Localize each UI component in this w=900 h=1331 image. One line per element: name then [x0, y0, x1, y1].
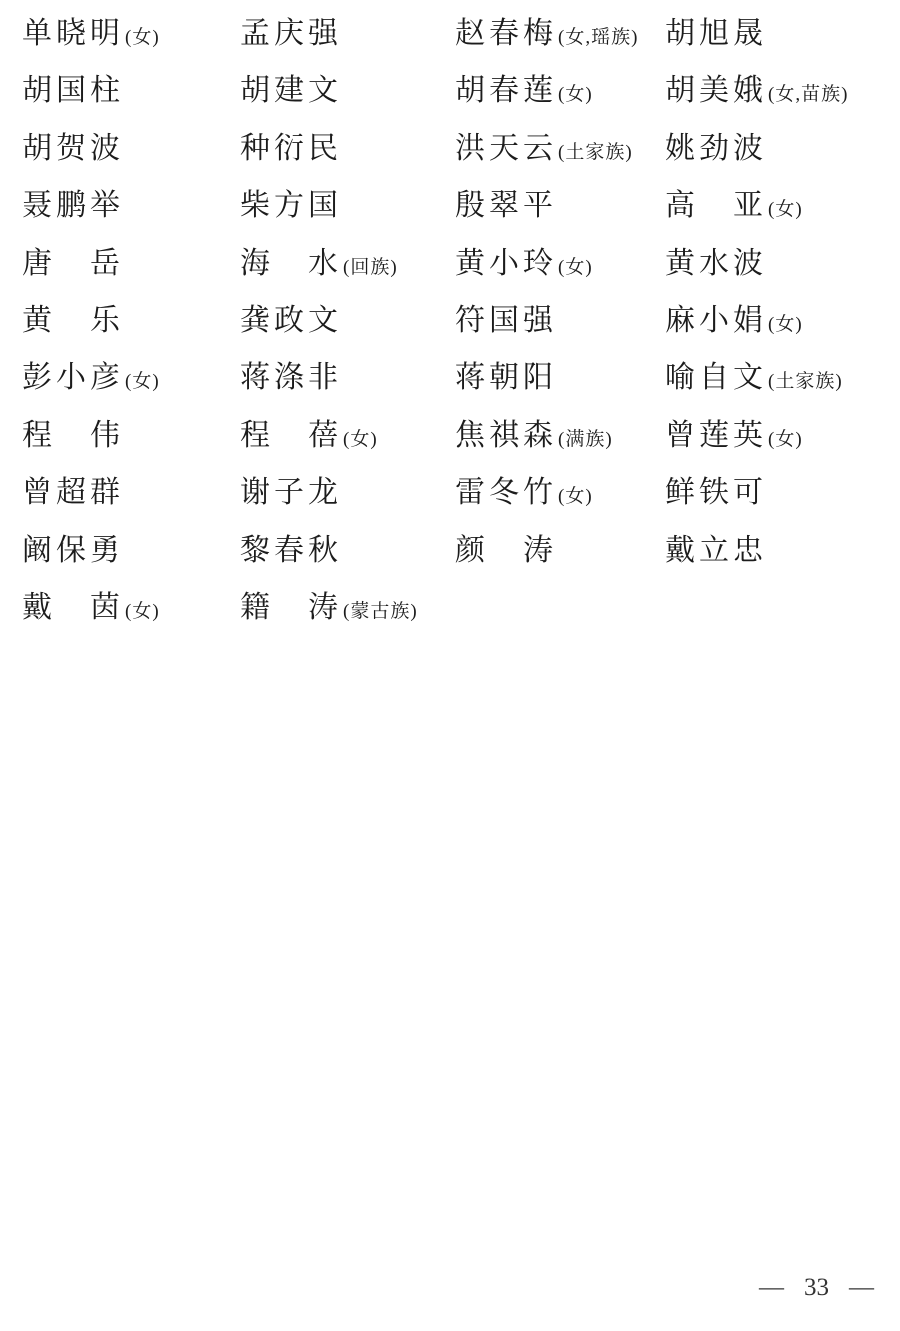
- person-name: 雷冬竹: [455, 476, 557, 509]
- roster-entry: 彭小彦(女): [22, 360, 240, 396]
- roster-entry: 程 伟: [22, 418, 240, 454]
- roster-entry: 蒋涤非: [240, 360, 455, 396]
- person-name: 蒋朝阳: [455, 361, 557, 394]
- person-name: 蒋涤非: [240, 361, 342, 394]
- person-name: 籍 涛: [240, 591, 342, 624]
- roster-entry: 洪天云(土家族): [455, 131, 665, 167]
- roster-entry: 颜 涛: [455, 533, 665, 569]
- person-name: 单晓明: [22, 17, 124, 50]
- roster-entry: 胡美娥(女,苗族): [665, 73, 900, 109]
- roster-entry: 喻自文(土家族): [665, 360, 900, 396]
- gender-ethnicity-annotation: (女): [125, 27, 160, 48]
- roster-entry: 程 蓓(女): [240, 418, 455, 454]
- gender-ethnicity-annotation: (女): [768, 199, 803, 220]
- roster-entry: 高 亚(女): [665, 188, 900, 224]
- person-name: 柴方国: [240, 189, 342, 222]
- gender-ethnicity-annotation: (女): [558, 84, 593, 105]
- gender-ethnicity-annotation: (蒙古族): [343, 601, 418, 622]
- person-name: 赵春梅: [455, 17, 557, 50]
- roster-entry: 籍 涛(蒙古族): [240, 590, 455, 626]
- page-number: 33: [804, 1274, 829, 1302]
- roster-entry: 胡国柱: [22, 73, 240, 109]
- roster-entry: 鲜铁可: [665, 475, 900, 511]
- person-name: 胡美娥: [665, 74, 767, 107]
- person-name: 戴 茵: [22, 591, 124, 624]
- roster-entry: 阚保勇: [22, 533, 240, 569]
- person-name: 聂鹏举: [22, 189, 124, 222]
- person-name: 黄小玲: [455, 247, 557, 280]
- roster-entry: 胡贺波: [22, 131, 240, 167]
- person-name: 唐 岳: [22, 247, 124, 280]
- person-name: 姚劲波: [665, 132, 767, 165]
- roster-entry: 姚劲波: [665, 131, 900, 167]
- gender-ethnicity-annotation: (女,瑶族): [558, 27, 638, 48]
- roster-entry: 单晓明(女): [22, 16, 240, 52]
- document-page: 单晓明(女)孟庆强赵春梅(女,瑶族)胡旭晟胡国柱胡建文胡春莲(女)胡美娥(女,苗…: [0, 0, 900, 1331]
- gender-ethnicity-annotation: (女,苗族): [768, 84, 848, 105]
- roster-entry: 黄 乐: [22, 303, 240, 339]
- person-name: 戴立忠: [665, 534, 767, 567]
- gender-ethnicity-annotation: (女): [343, 429, 378, 450]
- page-footer: — 33 —: [759, 1274, 874, 1302]
- person-name: 海 水: [240, 247, 342, 280]
- person-name: 曾超群: [22, 476, 124, 509]
- roster-grid: 单晓明(女)孟庆强赵春梅(女,瑶族)胡旭晟胡国柱胡建文胡春莲(女)胡美娥(女,苗…: [22, 16, 900, 647]
- roster-entry: 海 水(回族): [240, 246, 455, 282]
- roster-entry: 殷翠平: [455, 188, 665, 224]
- roster-entry: 蒋朝阳: [455, 360, 665, 396]
- roster-entry: 龚政文: [240, 303, 455, 339]
- roster-entry: 谢子龙: [240, 475, 455, 511]
- gender-ethnicity-annotation: (满族): [558, 429, 613, 450]
- roster-entry: 赵春梅(女,瑶族): [455, 16, 665, 52]
- footer-left-dash: —: [759, 1274, 784, 1302]
- gender-ethnicity-annotation: (女): [768, 314, 803, 335]
- roster-entry: 聂鹏举: [22, 188, 240, 224]
- roster-entry: 焦祺森(满族): [455, 418, 665, 454]
- gender-ethnicity-annotation: (土家族): [558, 142, 633, 163]
- person-name: 孟庆强: [240, 17, 342, 50]
- person-name: 胡贺波: [22, 132, 124, 165]
- person-name: 谢子龙: [240, 476, 342, 509]
- roster-entry: 戴 茵(女): [22, 590, 240, 626]
- person-name: 鲜铁可: [665, 476, 767, 509]
- person-name: 颜 涛: [455, 534, 557, 567]
- person-name: 彭小彦: [22, 361, 124, 394]
- gender-ethnicity-annotation: (女): [125, 601, 160, 622]
- roster-entry: 曾莲英(女): [665, 418, 900, 454]
- person-name: 曾莲英: [665, 419, 767, 452]
- roster-entry: 胡建文: [240, 73, 455, 109]
- gender-ethnicity-annotation: (回族): [343, 257, 398, 278]
- roster-entry: 孟庆强: [240, 16, 455, 52]
- person-name: 胡春莲: [455, 74, 557, 107]
- person-name: 黎春秋: [240, 534, 342, 567]
- person-name: 洪天云: [455, 132, 557, 165]
- gender-ethnicity-annotation: (土家族): [768, 371, 843, 392]
- person-name: 种衍民: [240, 132, 342, 165]
- person-name: 胡国柱: [22, 74, 124, 107]
- person-name: 黄 乐: [22, 304, 124, 337]
- person-name: 符国强: [455, 304, 557, 337]
- person-name: 黄水波: [665, 247, 767, 280]
- roster-entry: 唐 岳: [22, 246, 240, 282]
- person-name: 龚政文: [240, 304, 342, 337]
- roster-entry: 柴方国: [240, 188, 455, 224]
- person-name: 胡建文: [240, 74, 342, 107]
- gender-ethnicity-annotation: (女): [768, 429, 803, 450]
- roster-entry: 麻小娟(女): [665, 303, 900, 339]
- person-name: 焦祺森: [455, 419, 557, 452]
- person-name: 殷翠平: [455, 189, 557, 222]
- roster-entry: 胡旭晟: [665, 16, 900, 52]
- person-name: 高 亚: [665, 189, 767, 222]
- roster-entry: 黎春秋: [240, 533, 455, 569]
- roster-entry: 曾超群: [22, 475, 240, 511]
- roster-entry: 种衍民: [240, 131, 455, 167]
- gender-ethnicity-annotation: (女): [558, 257, 593, 278]
- person-name: 程 蓓: [240, 419, 342, 452]
- person-name: 胡旭晟: [665, 17, 767, 50]
- person-name: 喻自文: [665, 361, 767, 394]
- person-name: 程 伟: [22, 419, 124, 452]
- footer-right-dash: —: [849, 1274, 874, 1302]
- person-name: 麻小娟: [665, 304, 767, 337]
- roster-entry: 胡春莲(女): [455, 73, 665, 109]
- gender-ethnicity-annotation: (女): [558, 486, 593, 507]
- gender-ethnicity-annotation: (女): [125, 371, 160, 392]
- roster-entry: 雷冬竹(女): [455, 475, 665, 511]
- roster-entry: 黄水波: [665, 246, 900, 282]
- roster-entry: 戴立忠: [665, 533, 900, 569]
- roster-entry: 符国强: [455, 303, 665, 339]
- person-name: 阚保勇: [22, 534, 124, 567]
- roster-entry: 黄小玲(女): [455, 246, 665, 282]
